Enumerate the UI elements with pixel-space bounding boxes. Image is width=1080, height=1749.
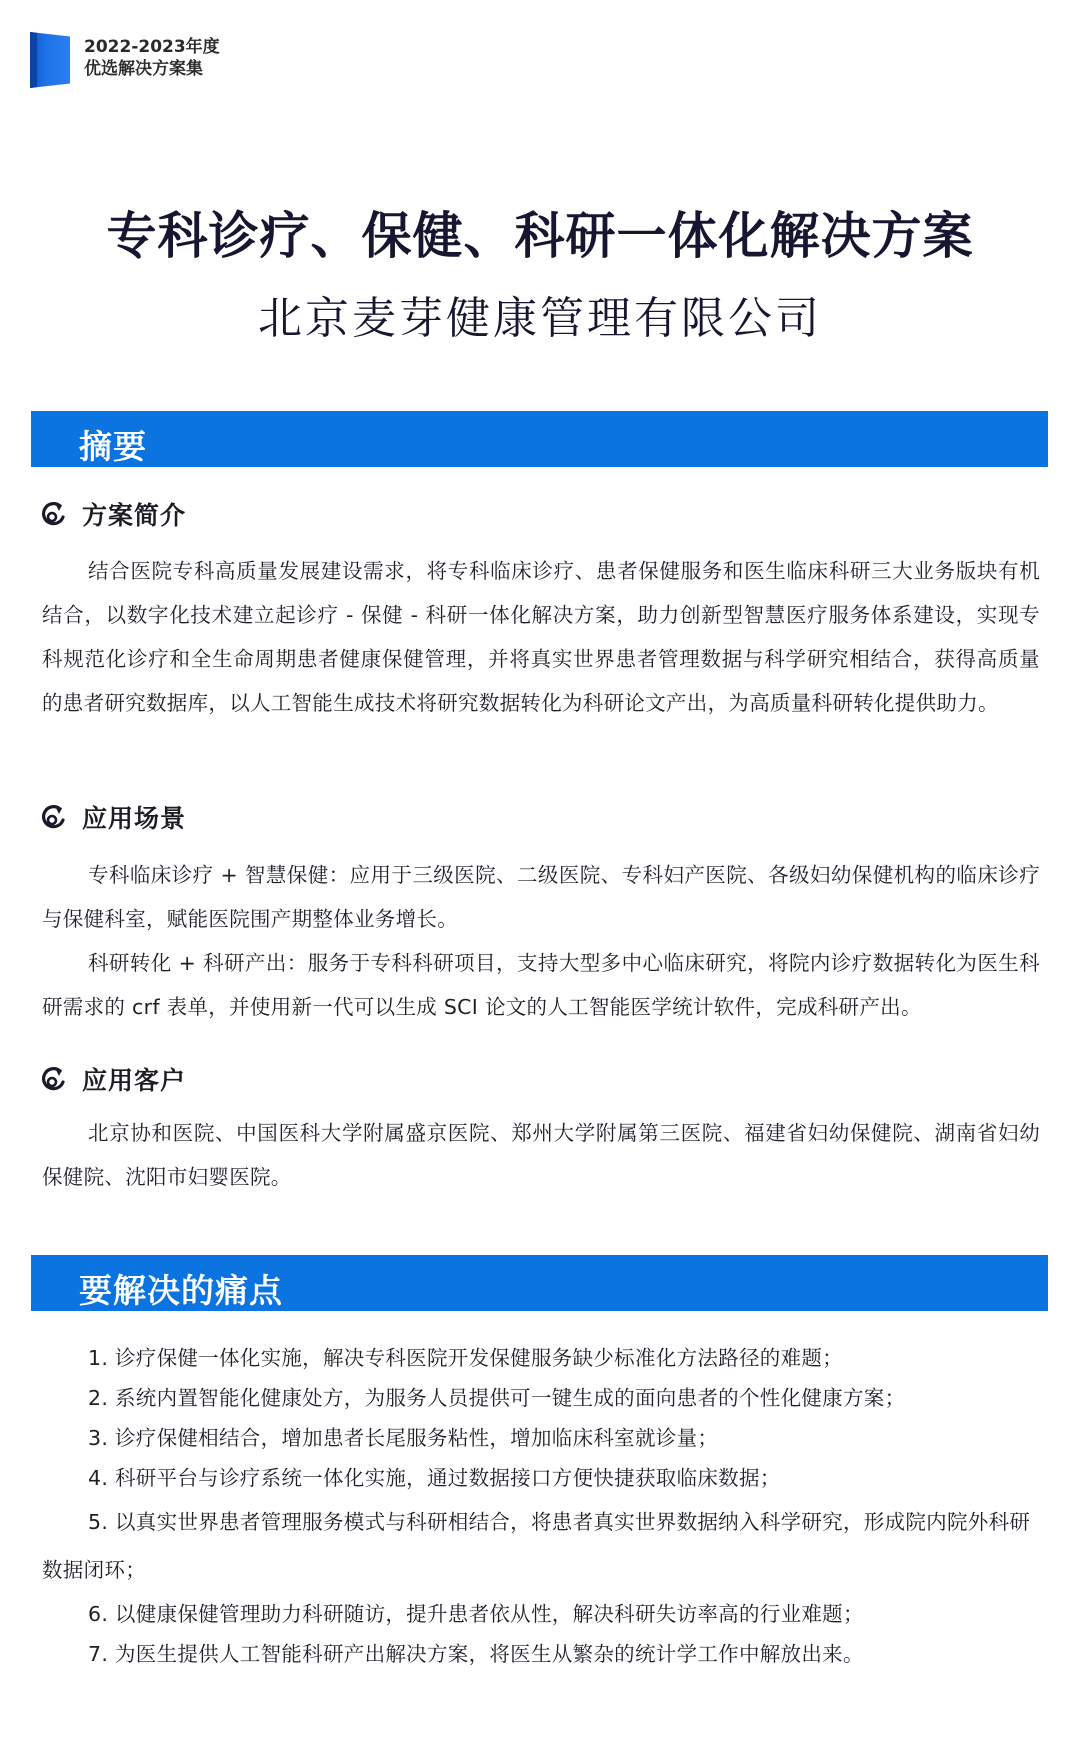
refresh-cycle-icon bbox=[40, 1065, 68, 1093]
list-item: 7. 为医生提供人工智能科研产出解决方案，将医生从繁杂的统计学工作中解放出来。 bbox=[42, 1634, 1040, 1674]
section-heading-label: 应用场景 bbox=[82, 799, 186, 835]
list-item: 2. 系统内置智能化健康处方，为服务人员提供可一键生成的面向患者的个性化健康方案… bbox=[42, 1378, 1040, 1418]
pain-points-banner: 要解决的痛点 bbox=[31, 1255, 1048, 1311]
series-year: 2022-2023年度 bbox=[84, 36, 220, 58]
summary-banner-label: 摘要 bbox=[79, 421, 147, 468]
list-item: 6. 以健康保健管理助力科研随访，提升患者依从性，解决科研失访率高的行业难题； bbox=[42, 1594, 1040, 1634]
pain-points-list: 1. 诊疗保健一体化实施，解决专科医院开发保健服务缺少标准化方法路径的难题； 2… bbox=[42, 1338, 1040, 1674]
list-item: 3. 诊疗保健相结合，增加患者长尾服务粘性，增加临床科室就诊量； bbox=[42, 1418, 1040, 1458]
scenario-paragraph-research: 科研转化 + 科研产出：服务于专科科研项目，支持大型多中心临床研究，将院内诊疗数… bbox=[42, 941, 1040, 1029]
list-item: 1. 诊疗保健一体化实施，解决专科医院开发保健服务缺少标准化方法路径的难题； bbox=[42, 1338, 1040, 1378]
list-item: 4. 科研平台与诊疗系统一体化实施，通过数据接口方便快捷获取临床数据； bbox=[42, 1458, 1040, 1498]
company-name: 北京麦芽健康管理有限公司 bbox=[0, 282, 1080, 346]
series-collection: 优选解决方案集 bbox=[84, 58, 220, 80]
section-heading-scenarios: 应用场景 bbox=[40, 800, 186, 834]
scenario-paragraph-clinical: 专科临床诊疗 + 智慧保健：应用于三级医院、二级医院、专科妇产医院、各级妇幼保健… bbox=[42, 853, 1040, 941]
summary-banner: 摘要 bbox=[31, 411, 1048, 467]
refresh-cycle-icon bbox=[40, 803, 68, 831]
section-heading-label: 方案简介 bbox=[82, 496, 186, 532]
intro-paragraph: 结合医院专科高质量发展建设需求，将专科临床诊疗、患者保健服务和医生临床科研三大业… bbox=[42, 549, 1040, 725]
section-heading-label: 应用客户 bbox=[82, 1061, 186, 1097]
section-heading-intro: 方案简介 bbox=[40, 497, 186, 531]
page-title: 专科诊疗、保健、科研一体化解决方案 bbox=[0, 196, 1080, 268]
refresh-cycle-icon bbox=[40, 500, 68, 528]
list-item: 5. 以真实世界患者管理服务模式与科研相结合，将患者真实世界数据纳入科学研究，形… bbox=[42, 1498, 1040, 1594]
pain-points-banner-label: 要解决的痛点 bbox=[79, 1265, 283, 1312]
blue-book-logo-icon bbox=[30, 32, 70, 88]
customers-paragraph: 北京协和医院、中国医科大学附属盛京医院、郑州大学附属第三医院、福建省妇幼保健院、… bbox=[42, 1111, 1040, 1199]
series-label: 2022-2023年度 优选解决方案集 bbox=[84, 36, 220, 80]
section-heading-customers: 应用客户 bbox=[40, 1062, 186, 1096]
